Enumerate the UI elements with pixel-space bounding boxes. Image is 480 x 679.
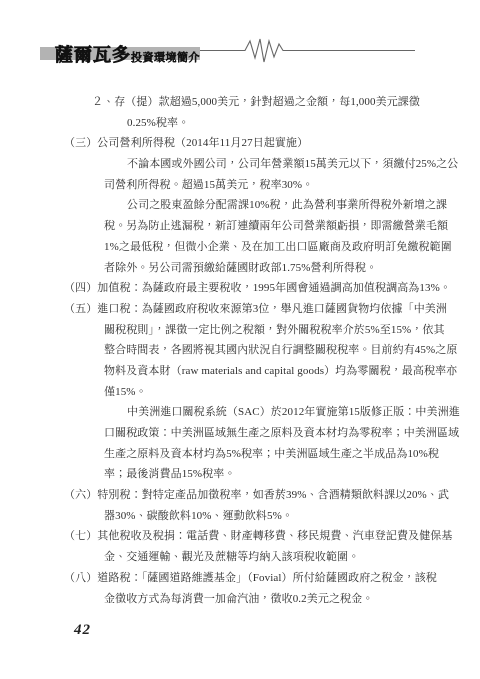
body-text: ２、存（提）款超過5,000美元，針對超過之金額，每1,000美元課徵 0.25… [0,92,480,609]
text-line: 不論本國或外國公司，公司年營業額15萬美元以下，須繳付25%之公 [0,154,480,175]
text-line: 0.25%稅率。 [0,113,480,134]
document-page: 薩爾瓦多投資環境簡介 ２、存（提）款超過5,000美元，針對超過之金額，每1,0… [0,0,480,679]
text-line: （六）特別稅：對特定產品加徵稅率，如香菸39%、含酒精類飲料課以20%、武 [0,485,480,506]
header-title: 薩爾瓦多投資環境簡介 [55,41,200,67]
heartbeat-pulse-icon [200,37,415,65]
text-line: 金、交通運輸、觀光及蔗糖等均納入該項稅收範圍。 [0,547,480,568]
text-line: 者除外。另公司需預繳給薩國財政部1.75%營利所得稅。 [0,258,480,279]
text-line: 生產之原料及資本材均為5%稅率；中美洲區域生產之半成品為10%稅 [0,444,480,465]
text-line: 器30%、碳酸飲料10%、運動飲料5%。 [0,506,480,527]
text-line: 僅15%。 [0,382,480,403]
page-header: 薩爾瓦多投資環境簡介 [0,0,480,80]
text-line: 司營利所得稅。超過15萬美元，稅率30%。 [0,175,480,196]
text-line: （四）加值稅：為薩政府最主要稅收，1995年國會通過調高加值稅調高為13%。 [0,278,480,299]
text-line: （三）公司營利所得稅（2014年11月27日起實施） [0,133,480,154]
text-line: 關稅稅則」，課徵一定比例之稅額，對外關稅稅率介於5%至15%，依其 [0,320,480,341]
text-line: 金徵收方式為每消費一加侖汽油，徵收0.2美元之稅金。 [0,589,480,610]
text-line: （八）道路稅：「薩國道路維護基金」（Fovial）所付給薩國政府之稅金，該稅 [0,568,480,589]
text-line: （五）進口稅：為薩國政府稅收來源第3位，舉凡進口薩國貨物均依據「中美洲 [0,299,480,320]
text-line: 整合時間表，各國將視其國內狀況自行調整關稅稅率。目前約有45%之原 [0,340,480,361]
text-line: ２、存（提）款超過5,000美元，針對超過之金額，每1,000美元課徵 [0,92,480,113]
book-title: 薩爾瓦多 [55,45,131,65]
page-number: 42 [74,622,91,639]
text-line: 1%之最低稅，但微小企業、及在加工出口區廠商及政府明訂免繳稅範圍 [0,237,480,258]
text-line: 率；最後消費品15%稅率。 [0,464,480,485]
text-line: 稅。另為防止逃漏稅，新訂連續兩年公司營業額虧損，即需繳營業毛額 [0,216,480,237]
book-subtitle: 投資環境簡介 [131,52,200,64]
text-line: 中美洲進口關稅系統（SAC）於2012年實施第15版修正版：中美洲進 [0,402,480,423]
text-line: 物料及資本財（raw materials and capital goods）均… [0,361,480,382]
text-line: （七）其他稅收及稅捐：電話費、財產轉移費、移民規費、汽車登記費及健保基 [0,526,480,547]
text-line: 口關稅政策：中美洲區域無生產之原料及資本材均為零稅率；中美洲區域 [0,423,480,444]
text-line: 公司之股東盈餘分配需課10%稅，此為營利事業所得稅外新增之課 [0,195,480,216]
